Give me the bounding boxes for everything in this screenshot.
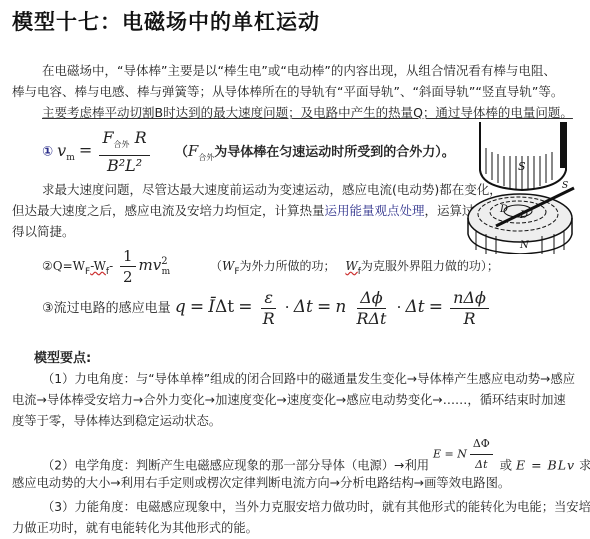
point3-line-1: （3）力能角度：电磁感应现象中，当外力克服安培力做功时，就有其他形式的能转化为电… — [12, 497, 590, 518]
delta-t-2: Δt — [294, 297, 313, 317]
dt-den: Δt — [472, 455, 490, 475]
eq-3: = — [317, 297, 331, 317]
note-text: 为导体棒在匀速运动时所受到的合外力）。 — [214, 145, 455, 160]
delta-t-1: Δt — [215, 297, 234, 317]
para2-line-3: 得以简捷。 — [12, 221, 502, 242]
vm-symbol: v — [57, 141, 66, 160]
section-heading: 模型要点: — [34, 348, 91, 369]
or-text: 或 — [500, 459, 512, 473]
mv-sup: 2 — [161, 256, 167, 267]
formula-1: ① vm = F合外 R B²L² （F合外为导体棒在匀速运动时所受到的合外力）… — [42, 128, 455, 176]
q-eq-w: Q=W — [53, 259, 85, 273]
minus: - — [109, 259, 113, 273]
formula-3: ③流过电路的感应电量 q = ĪΔt = εR · Δt = n ΔϕRΔt ·… — [42, 288, 492, 329]
emf-formula-faraday: E = NΔΦΔt — [433, 434, 496, 475]
note-wf: W — [222, 259, 234, 273]
label-d2: D — [519, 210, 528, 221]
intro-line-2: 棒与电容、棒与电感、棒与弹簧等；从导体棒所在的导轨有“平面导轨”、“斜面导轨”“… — [12, 81, 573, 102]
para2-line-1: 求最大速度问题，尽管达最大速度前运动为变速运动，感应电流(电动势)都在变化， — [12, 179, 502, 200]
ndphi-over-r: nΔϕR — [450, 288, 489, 329]
magnet-disc-illustration: S S D D N — [462, 118, 586, 254]
note-f-symbol: F — [188, 142, 198, 160]
dot-1: · — [285, 298, 290, 316]
intro-line-1: 在电磁场中，“导体棒”主要是以“棒生电”或“电动棒”的内容出现，从组合情况看有棒… — [12, 60, 573, 81]
mv: mv — [139, 256, 162, 274]
eq-4: = — [429, 297, 443, 317]
label-s-arrow: S — [562, 181, 568, 191]
point2-line-1: （2）电学角度：判断产生电磁感应现象的那一部分导体（电源）→利用 E = NΔΦ… — [12, 446, 590, 487]
intro-paragraph: 在电磁场中，“导体棒”主要是以“棒生电”或“电动棒”的内容出现，从组合情况看有棒… — [12, 60, 573, 123]
paren-open: （ — [175, 145, 188, 160]
formula-1-note: （F合外为导体棒在匀速运动时所受到的合外力）。 — [175, 145, 455, 160]
eps: ε — [261, 288, 276, 309]
mv-sub: m — [162, 267, 171, 277]
point1-line-2: 电流→导体棒受安培力→合外力变化→加速度变化→速度变化→感应电动势变化→……，循… — [12, 390, 575, 411]
dot-2: · — [397, 298, 402, 316]
point-2: （2）电学角度：判断产生电磁感应现象的那一部分导体（电源）→利用 E = NΔΦ… — [12, 446, 590, 494]
page-title: 模型十七：电磁场中的单杠运动 — [12, 6, 320, 36]
magnet-disc-figure: S S D D N — [462, 118, 586, 254]
emf-formula-blv: E = BLv — [516, 458, 575, 473]
b2l2-denominator: B²L² — [104, 156, 145, 176]
para2-line-2: 但达最大速度之后，感应电流及安培力均恒定，计算热量运用能量观点处理，运算过程 — [12, 200, 502, 221]
vm-subscript: m — [66, 153, 75, 163]
formula-3-label: 流过电路的感应电量 — [54, 301, 171, 316]
eq-1: = — [190, 297, 204, 317]
formula-2: ②Q=WF-Wf- 1 2 mv2m （WF为外力所做的功； Wf为克服外界阻力… — [42, 246, 499, 287]
point1-line-3: 度等于零，导体棒达到稳定运动状态。 — [12, 411, 575, 432]
note-text-2: 为克服外界阻力做的功）； — [361, 259, 499, 273]
point-1: （1）力电角度：与“导体单棒”组成的闭合回路中的磁通量发生变化→导体棒产生感应电… — [12, 369, 575, 432]
note-f-subscript: 合外 — [198, 153, 214, 162]
point2-line-1-post: 求 — [579, 459, 590, 473]
dphi-over-rdt: ΔϕRΔt — [353, 288, 389, 329]
eps-over-r: εR — [260, 288, 278, 329]
half-num: 1 — [120, 246, 136, 267]
paragraph-2: 求最大速度问题，尽管达最大速度前运动为变速运动，感应电流(电动势)都在变化， 但… — [12, 179, 502, 242]
half-fraction: 1 2 — [120, 246, 136, 287]
ndphi: nΔϕ — [450, 288, 489, 309]
r-den-3: R — [461, 309, 479, 329]
r-symbol: R — [135, 128, 147, 147]
point3-line-2: 力做正功时，就有电能转化为其他形式的能。 — [12, 518, 590, 539]
formula-2-marker: ② — [42, 259, 53, 273]
minus-wf: -W — [90, 259, 106, 273]
point2-line-1-pre: （2）电学角度：判断产生电磁感应现象的那一部分导体（电源）→利用 — [42, 459, 429, 473]
dphi: Δϕ — [357, 288, 385, 309]
formula-3-marker: ③ — [42, 301, 54, 316]
eq-2: = — [238, 297, 252, 317]
n-symbol: n — [335, 297, 346, 317]
point-3: （3）力能角度：电磁感应现象中，当外力克服安培力做功时，就有其他形式的能转化为电… — [12, 497, 590, 539]
rdt: RΔt — [353, 309, 389, 329]
paren-open-2: （ — [210, 259, 222, 273]
label-n: N — [519, 240, 530, 251]
r-den-1: R — [260, 309, 278, 329]
delta-t-3: Δt — [406, 297, 425, 317]
q-symbol: q — [175, 297, 186, 317]
dphi-cap: ΔΦ — [470, 434, 493, 455]
formula-1-marker: ① — [42, 145, 53, 160]
note-wf2: W — [345, 259, 357, 273]
point1-line-1: （1）力电角度：与“导体单棒”组成的闭合回路中的磁通量发生变化→导体棒产生感应电… — [12, 369, 575, 390]
formula-1-fraction: F合外 R B²L² — [99, 128, 149, 176]
label-s-top: S — [518, 160, 526, 173]
para2-line-2-pre: 但达最大速度之后，感应电流及安培力均恒定，计算热量 — [12, 203, 325, 218]
half-den: 2 — [120, 267, 136, 287]
label-d1: D — [499, 204, 508, 215]
note-text-1: 为外力所做的功； — [240, 259, 336, 273]
f-symbol: F — [102, 128, 113, 147]
energy-method-link[interactable]: 运用能量观点处理 — [325, 203, 425, 218]
formula-2-note: （WF为外力所做的功； Wf为克服外界阻力做的功）； — [210, 259, 499, 273]
i-bar: Ī — [208, 297, 215, 317]
f-subscript: 合外 — [114, 140, 130, 149]
e-eq-n: E = N — [433, 448, 467, 461]
